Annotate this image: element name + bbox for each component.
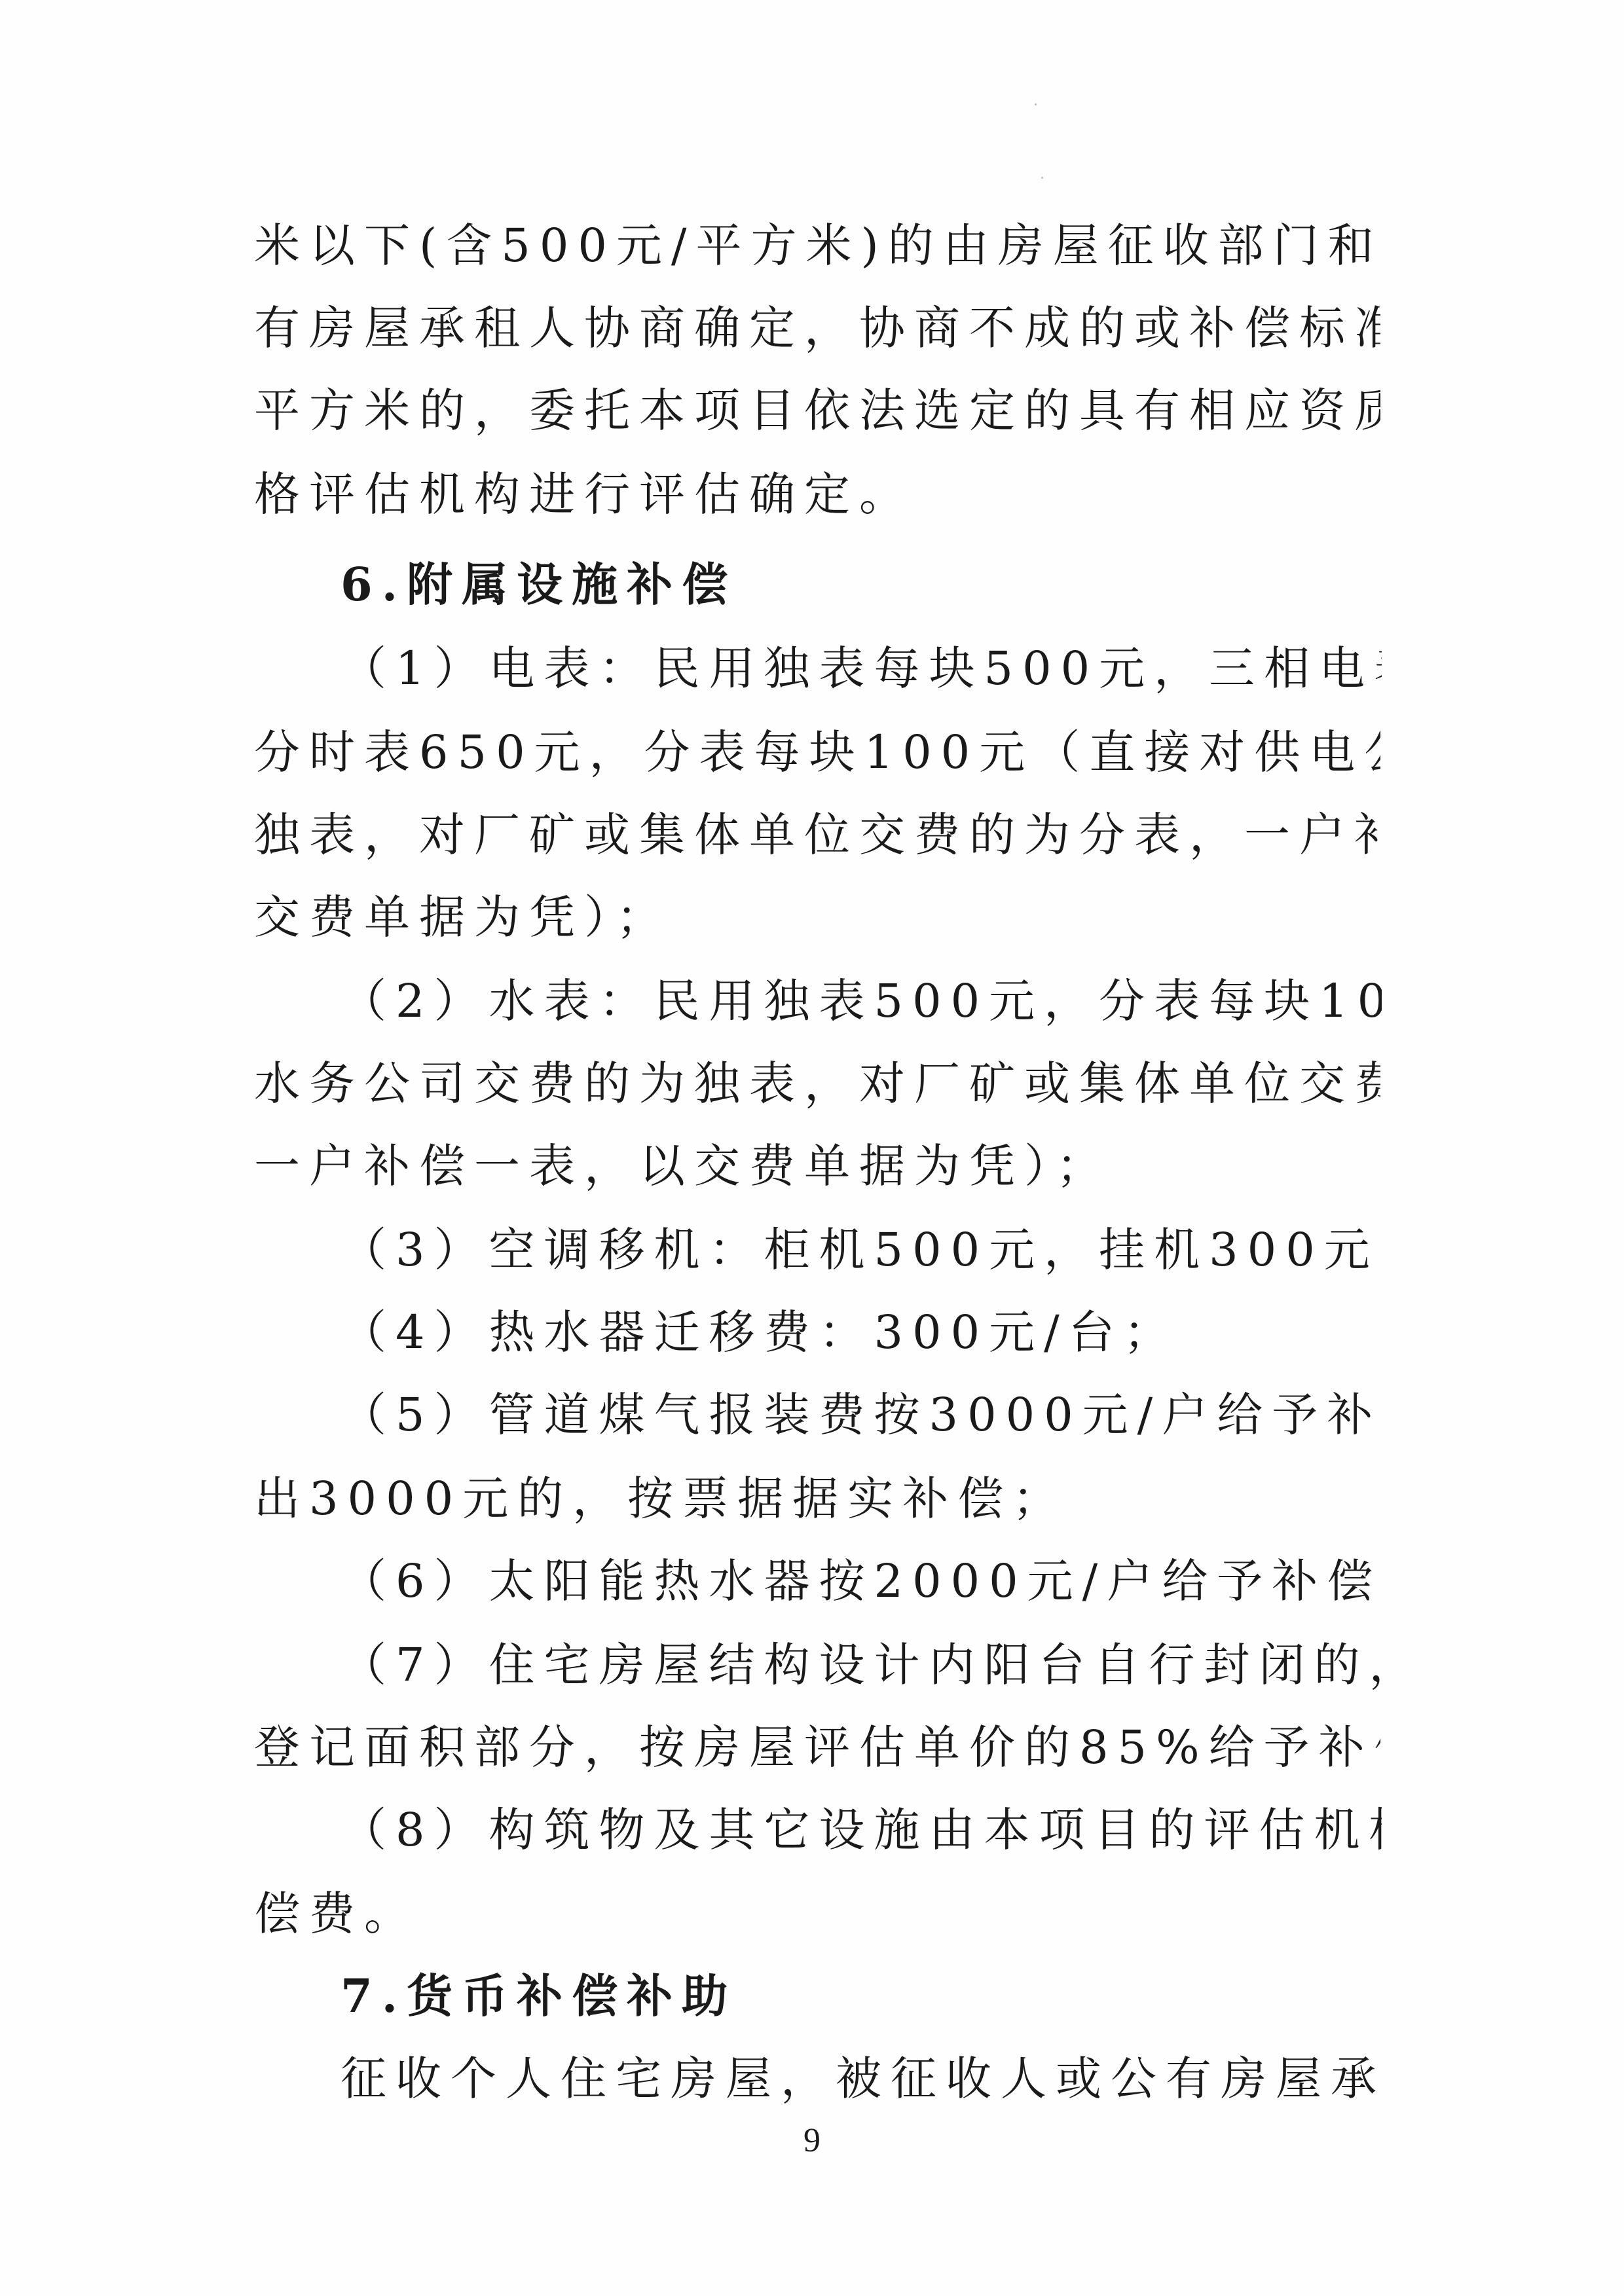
paragraph-line: 有房屋承租人协商确定，协商不成的或补偿标准超过500元/ [254,287,1380,369]
item-1-line: 独表，对厂矿或集体单位交费的为分表，一户补偿一表，以 [254,793,1380,876]
paragraph-line: 米以下(含500元/平方米)的由房屋征收部门和被征收人或公 [254,204,1380,287]
item-5-line: （5）管道煤气报装费按3000元/户给予补偿；报装费超 [341,1374,1382,1456]
document-page: 米以下(含500元/平方米)的由房屋征收部门和被征收人或公 有房屋承租人协商确定… [0,0,1624,2296]
scan-speck [1041,177,1043,179]
item-1-line: 分时表650元，分表每块100元（直接对供电公司交费的为 [254,711,1380,793]
item-3-line: （3）空调移机：柜机500元，挂机300元，窗机200元； [341,1209,1382,1291]
scan-speck [1035,103,1037,105]
item-6-line: （6）太阳能热水器按2000元/户给予补偿； [341,1540,1382,1622]
item-7-line: （7）住宅房屋结构设计内阳台自行封闭的，未计入房屋 [341,1624,1382,1706]
paragraph-line: 平方米的，委托本项目依法选定的具有相应资质的房地产价 [254,369,1380,452]
item-1-line: 交费单据为凭）； [254,876,1380,958]
item-2-line: 水务公司交费的为独表，对厂矿或集体单位交费的为分表， [254,1042,1380,1125]
item-4-line: （4）热水器迁移费：300元/台； [341,1291,1382,1374]
item-2-line: 一户补偿一表，以交费单据为凭）； [254,1125,1380,1207]
item-5-line: 出3000元的，按票据据实补偿； [254,1457,1380,1540]
paragraph-line: 征收个人住宅房屋，被征收人或公有房屋承租人选择货 [341,2037,1382,2120]
item-1-line: （1）电表：民用独表每块500元，三相电表每块980元， [341,627,1382,710]
section-heading-6: 6.附属设施补偿 [341,543,1382,626]
page-number: 9 [0,2121,1624,2160]
item-8-line: （8）构筑物及其它设施由本项目的评估机构评估确定补 [341,1789,1382,1871]
item-8-line: 偿费。 [254,1872,1380,1955]
paragraph-line: 格评估机构进行评估确定。 [254,453,1380,536]
section-heading-7: 7.货币补偿补助 [341,1955,1382,2037]
item-2-line: （2）水表：民用独表500元，分表每块100元（直接对 [341,960,1382,1042]
item-7-line: 登记面积部分，按房屋评估单价的85%给予补偿； [254,1706,1380,1789]
